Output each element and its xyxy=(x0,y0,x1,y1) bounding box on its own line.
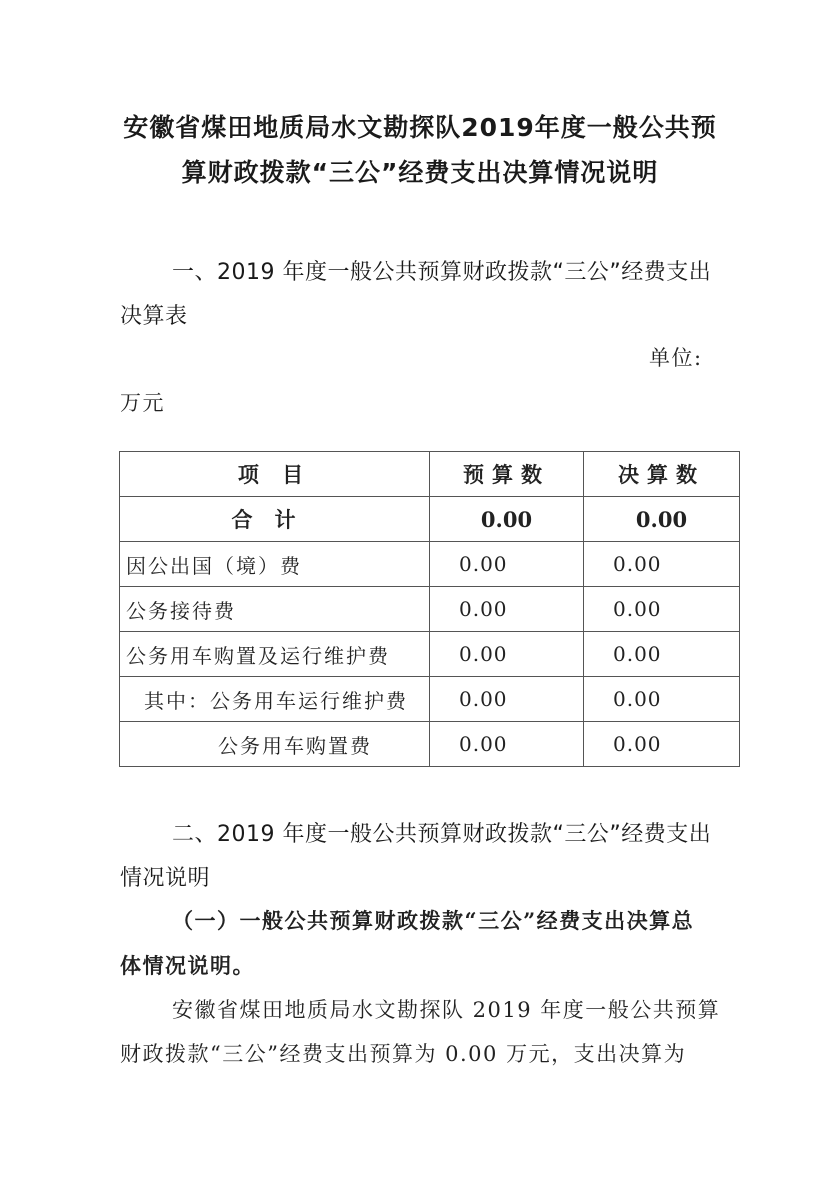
table-total-row: 合计 0.00 0.00 xyxy=(120,497,740,542)
header-final: 决算数 xyxy=(584,452,740,497)
row-item: 公务用车购置及运行维护费 xyxy=(120,632,430,677)
row-final: 0.00 xyxy=(584,542,740,587)
document-title-line-2: 算财政拨款“三公”经费支出决算情况说明 xyxy=(100,153,740,189)
row-budget: 0.00 xyxy=(430,632,584,677)
row-budget: 0.00 xyxy=(430,587,584,632)
section1-heading: 一、2019 年度一般公共预算财政拨款“三公”经费支出 xyxy=(172,255,711,286)
header-budget: 预算数 xyxy=(430,452,584,497)
summary-paragraph-line-2: 财政拨款“三公”经费支出预算为 0.00 万元，支出决算为 xyxy=(120,1038,686,1068)
table-header-row: 项 目 预算数 决算数 xyxy=(120,452,740,497)
summary-paragraph-line-1: 安徽省煤田地质局水文勘探队 2019 年度一般公共预算 xyxy=(172,994,720,1024)
subsection1-heading: （一）一般公共预算财政拨款“三公”经费支出决算总 xyxy=(172,905,694,935)
table-row: 其中：公务用车运行维护费 0.00 0.00 xyxy=(120,677,740,722)
table-row: 公务用车购置及运行维护费 0.00 0.00 xyxy=(120,632,740,677)
row-item: 公务用车购置费 xyxy=(120,722,430,767)
row-item: 其中：公务用车运行维护费 xyxy=(120,677,430,722)
row-final: 0.00 xyxy=(584,722,740,767)
section2-heading-cont: 情况说明 xyxy=(120,861,210,892)
unit-label: 单位: xyxy=(649,342,703,372)
subsection1-heading-cont: 体情况说明。 xyxy=(120,950,255,980)
row-budget: 0.00 xyxy=(430,677,584,722)
total-final: 0.00 xyxy=(584,497,740,542)
row-budget: 0.00 xyxy=(430,722,584,767)
three-public-expense-table: 项 目 预算数 决算数 合计 0.00 0.00 因公出国（境）费 0.00 0… xyxy=(119,451,740,767)
total-budget: 0.00 xyxy=(430,497,584,542)
row-item: 因公出国（境）费 xyxy=(120,542,430,587)
section1-heading-cont: 决算表 xyxy=(120,299,188,330)
row-final: 0.00 xyxy=(584,587,740,632)
table-row: 公务接待费 0.00 0.00 xyxy=(120,587,740,632)
section2-heading: 二、2019 年度一般公共预算财政拨款“三公”经费支出 xyxy=(172,817,711,848)
row-final: 0.00 xyxy=(584,632,740,677)
unit-value: 万元 xyxy=(120,387,165,417)
total-label: 合计 xyxy=(120,497,430,542)
row-item: 公务接待费 xyxy=(120,587,430,632)
header-item: 项 目 xyxy=(120,452,430,497)
document-title-line-1: 安徽省煤田地质局水文勘探队2019年度一般公共预 xyxy=(100,108,740,144)
table-row: 因公出国（境）费 0.00 0.00 xyxy=(120,542,740,587)
row-final: 0.00 xyxy=(584,677,740,722)
row-budget: 0.00 xyxy=(430,542,584,587)
table-row: 公务用车购置费 0.00 0.00 xyxy=(120,722,740,767)
